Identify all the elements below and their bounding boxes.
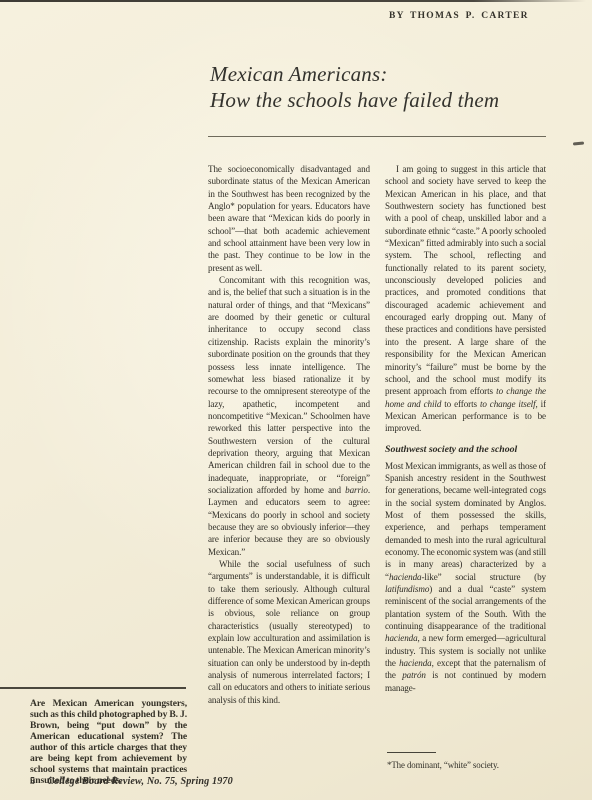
photo-caption: Are Mexican American youngsters, such as… — [30, 698, 187, 786]
body-paragraph: Concomitant with this recognition was, a… — [208, 274, 370, 558]
footnote-text: *The dominant, “white” society. — [387, 760, 547, 770]
text-segment: I am going to suggest in this article th… — [385, 164, 546, 396]
magazine-page: BY THOMAS P. CARTER Mexican Americans: H… — [0, 0, 592, 800]
article-title-line-2: How the schools have failed them — [210, 87, 499, 113]
page-footer: 5College Board Review, No. 75, Spring 19… — [30, 776, 233, 787]
body-paragraph: I am going to suggest in this article th… — [385, 163, 546, 435]
italic-text-segment: to change itself — [480, 399, 536, 409]
text-segment: The socioeconomically disadvantaged and … — [208, 164, 370, 273]
right-column: I am going to suggest in this article th… — [385, 163, 546, 749]
article-title-line-1: Mexican Americans: — [210, 61, 499, 87]
page-number: 5 — [30, 776, 35, 787]
top-edge-rule — [0, 0, 592, 2]
italic-text-segment: latifundismo — [385, 584, 429, 594]
left-column: The socioeconomically disadvantaged and … — [208, 163, 370, 771]
article-body: The socioeconomically disadvantaged and … — [208, 163, 546, 771]
text-segment: -like” social structure (by — [421, 572, 546, 582]
article-title: Mexican Americans: How the schools have … — [210, 61, 499, 113]
journal-citation: College Board Review, No. 75, Spring 197… — [47, 776, 233, 787]
text-segment: Concomitant with this recognition was, a… — [208, 275, 370, 495]
caption-rule — [0, 687, 186, 689]
italic-text-segment: hacienda — [385, 633, 418, 643]
italic-text-segment: hacienda — [399, 658, 432, 668]
text-segment: While the social usefulness of such “arg… — [208, 559, 370, 705]
body-paragraph: The socioeconomically disadvantaged and … — [208, 163, 370, 274]
italic-text-segment: patrón — [402, 670, 426, 680]
section-heading: Southwest society and the school — [385, 444, 546, 456]
footnote-block: *The dominant, “white” society. — [387, 752, 547, 770]
italic-text-segment: hacienda — [389, 572, 422, 582]
title-divider-rule — [208, 136, 546, 137]
body-paragraph: Most Mexican immigrants, as well as thos… — [385, 460, 546, 695]
italic-text-segment: barrio — [345, 485, 368, 495]
text-segment: to efforts — [441, 399, 480, 409]
text-segment: . Laymen and educators seem to agree: “M… — [208, 485, 370, 557]
text-segment: Southwest society and the school — [385, 444, 517, 455]
scan-artifact-mark — [573, 142, 584, 146]
body-paragraph: While the social usefulness of such “arg… — [208, 558, 370, 706]
footnote-rule — [387, 752, 436, 753]
byline: BY THOMAS P. CARTER — [389, 11, 529, 21]
photo-caption-block: Are Mexican American youngsters, such as… — [0, 687, 190, 786]
text-segment: Most Mexican immigrants, as well as thos… — [385, 461, 546, 582]
